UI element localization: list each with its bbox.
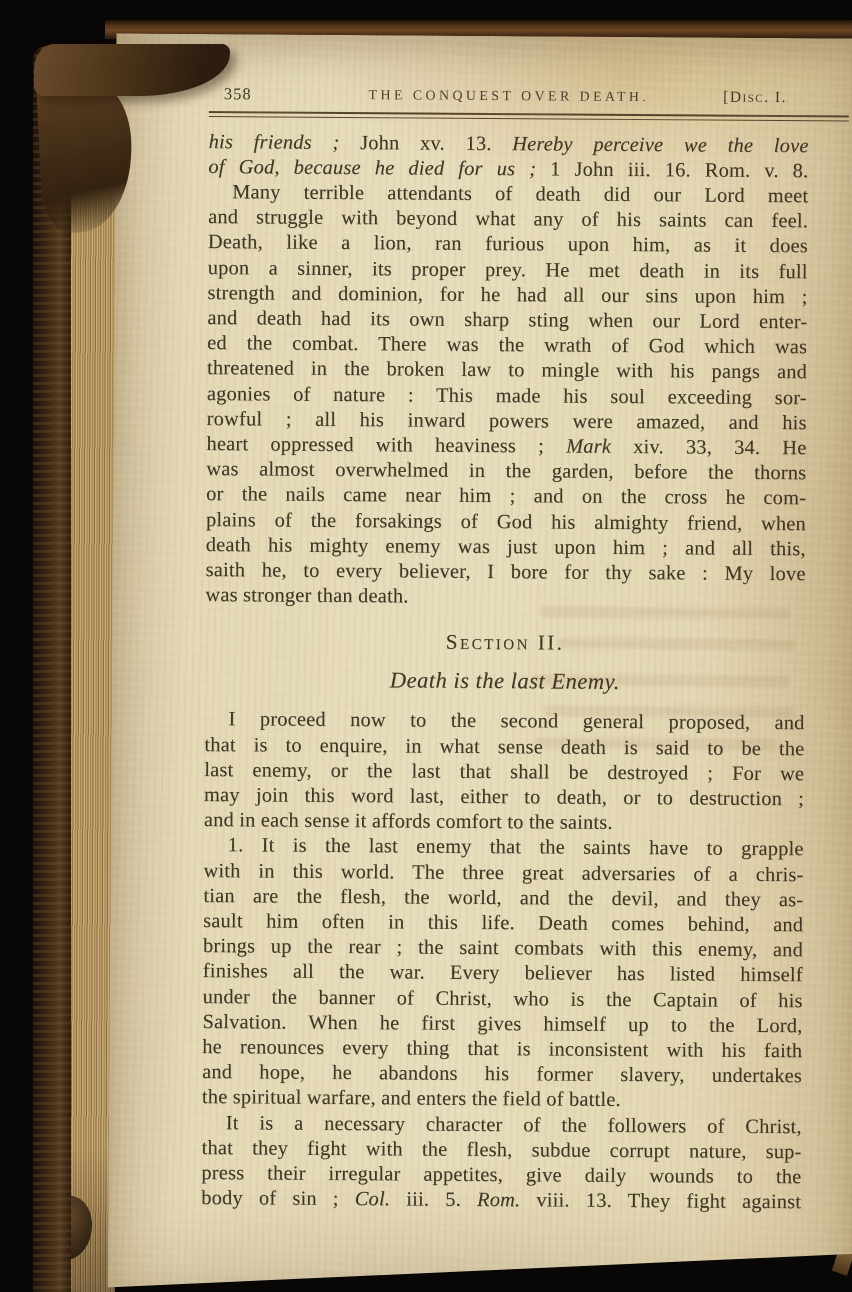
running-title: THE CONQUEST OVER DEATH. (209, 86, 809, 106)
book-spine-edge (33, 46, 71, 1292)
text-line: his friends ; John xv. 13. Hereby percei… (209, 130, 809, 159)
text-line: or the nails came near him ; and on the … (206, 482, 806, 511)
book-photo: 358 THE CONQUEST OVER DEATH. [Disc. I. h… (0, 0, 852, 1292)
text-line: It is a necessary character of the follo… (202, 1111, 802, 1140)
photo-of-book-page: { "palette": { "background": "#090706", … (0, 0, 852, 1292)
paragraph: It is a necessary character of the follo… (201, 1111, 802, 1216)
text-line: 1. It is the last enemy that the saints … (204, 833, 804, 862)
paragraph: his friends ; John xv. 13. Hereby percei… (208, 130, 808, 185)
text-line: threatened in the broken law to mingle w… (207, 356, 807, 385)
text-line: with in this world. The three great adve… (203, 859, 803, 888)
paragraph: 1. It is the last enemy that the saints … (202, 833, 804, 1114)
section-heading: Section II. (205, 628, 805, 656)
text-line: upon a sinner, its proper prey. He met d… (208, 256, 808, 285)
body-text: his friends ; John xv. 13. Hereby percei… (201, 130, 809, 1216)
text-line: agonies of nature : This made his soul e… (207, 382, 807, 411)
text-line: body of sin ; Col. iii. 5. Rom. viii. 13… (201, 1186, 801, 1215)
section-subheading: Death is the last Enemy. (205, 665, 805, 697)
text-line: finishes all the war. Every believer has… (203, 959, 803, 988)
header-double-rule (209, 111, 849, 121)
page-header: 358 THE CONQUEST OVER DEATH. [Disc. I. (209, 84, 809, 108)
text-line: that is to enquire, in what sense death … (204, 733, 804, 762)
paragraph: I proceed now to the second general prop… (204, 707, 805, 837)
printed-content: 358 THE CONQUEST OVER DEATH. [Disc. I. h… (201, 34, 809, 1216)
text-line: I proceed now to the second general prop… (205, 707, 805, 736)
text-line: under the banner of Christ, who is the C… (203, 985, 803, 1014)
paragraph: Many terrible attendants of death did ou… (205, 180, 808, 613)
book-page: 358 THE CONQUEST OVER DEATH. [Disc. I. h… (108, 33, 852, 1292)
text-line: plains of the forsakings of God his almi… (206, 508, 806, 537)
text-line: the spiritual warfare, and enters the fi… (202, 1085, 802, 1114)
text-line: was stronger than death. (205, 583, 805, 612)
discourse-marker: [Disc. I. (723, 89, 787, 107)
text-line: Death, like a lion, ran furious upon him… (208, 230, 808, 259)
